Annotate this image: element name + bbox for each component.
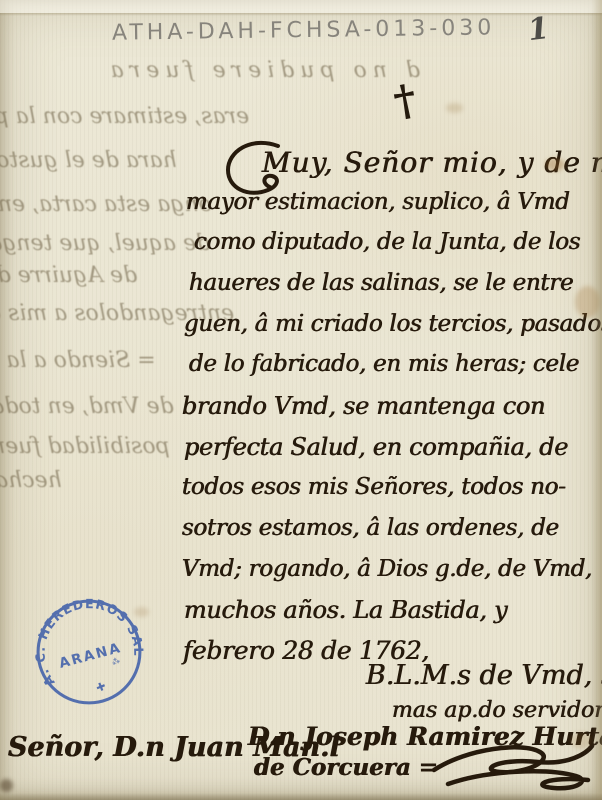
bleedthrough-line: hara de el gusto de [0, 148, 177, 173]
stain [134, 607, 149, 617]
stain [446, 103, 463, 113]
ownership-stamp: A. C. HEREDEROS SALINAS ARANA ✚ ⁂ [16, 579, 162, 725]
manuscript-line: Vmd; rogando, â Dios g.de, de Vmd, [182, 556, 592, 582]
closing-line: B.L.M.s de Vmd, su [366, 660, 602, 691]
bleedthrough-line: d no pudiere fuera [0, 58, 420, 83]
page-number: 1 [526, 11, 551, 48]
paper-right-edge [592, 0, 602, 800]
paper-bottom-edge [0, 793, 602, 800]
manuscript-line: como diputado, de la Junta, de los [194, 229, 580, 255]
bleedthrough-line: = Siendo a la ob [0, 348, 156, 373]
bleedthrough-line: hecha. [0, 468, 62, 493]
manuscript-line: mayor estimacion, suplico, â Vmd [186, 189, 570, 215]
manuscript-line: perfecta Salud, en compañia, de [184, 433, 568, 461]
bleedthrough-line: de aquel, que tenga la [0, 231, 210, 256]
bleedthrough-line: de Vmd, en toda lo [0, 394, 174, 419]
stain [570, 732, 592, 749]
manuscript-line: brando Vmd, se mantenga con [182, 392, 545, 420]
manuscript-line: todos esos mis Señores, todos no- [182, 474, 566, 500]
stain [545, 158, 565, 171]
closing-line: mas ap.do servidor [392, 698, 602, 723]
manuscript-line: sotros estamos, â las ordenes, de [182, 515, 559, 541]
bleedthrough-line: onga esta carta, en m [0, 192, 212, 217]
bleedthrough-line: posibilidad fuerza [0, 434, 170, 459]
stain [0, 779, 13, 792]
archive-reference: ATHA-DAH-FCHSA-013-030 [112, 15, 502, 45]
paper-top-edge [0, 0, 602, 13]
manuscript-line: haueres de las salinas, se le entre [189, 270, 573, 296]
bleedthrough-line: de Aguirre dhos [0, 263, 137, 288]
bleedthrough-line: eras, estimare con la pos [0, 104, 249, 129]
signature-rubric-icon [428, 740, 598, 795]
addressee-line: Señor, D.n Juan Man.l [8, 732, 340, 763]
manuscript-line: guen, â mi criado los tercios, pasados [184, 311, 602, 337]
manuscript-line: de lo fabricado, en mis heras; cele [189, 351, 579, 377]
fold-crease [0, 13, 602, 16]
manuscript-line: muchos años. La Bastida, y [184, 596, 507, 624]
scanned-letter-page: d no pudiere fuera eras, estimare con la… [0, 0, 602, 800]
stamp-bottom-mark-icon: ✚ [94, 679, 108, 695]
stamp-emblem-icon: ⁂ [110, 655, 121, 667]
